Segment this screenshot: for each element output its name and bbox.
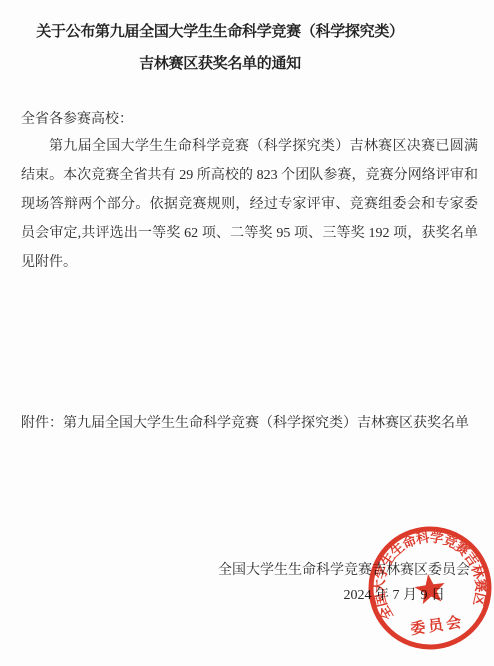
attachment-line: 附件：第九届全国大学生生命科学竞赛（科学探究类）吉林赛区获奖名单 — [21, 414, 478, 434]
signature-date: 2024 年 7 月 9 日 — [344, 587, 446, 605]
salutation-line: 全省各参赛高校： — [21, 110, 133, 130]
document-title: 关于公布第九届全国大学生生命科学竞赛（科学探究类） 吉林赛区获奖名单的通知 — [20, 16, 420, 80]
document-title-line1: 关于公布第九届全国大学生生命科学竞赛（科学探究类） — [20, 16, 420, 48]
signature-organization: 全国大学生生命科学竞赛吉林赛区委员会 — [218, 562, 470, 580]
seal-bottom-text: 委员会 — [409, 613, 465, 638]
notice-document-page: 关于公布第九届全国大学生生命科学竞赛（科学探究类） 吉林赛区获奖名单的通知 全省… — [0, 0, 494, 666]
document-title-line2: 吉林赛区获奖名单的通知 — [20, 48, 420, 80]
body-paragraph: 第九届全国大学生生命科学竞赛（科学探究类）吉林赛区决赛已圆满结束。本次竞赛全省共… — [21, 132, 478, 277]
